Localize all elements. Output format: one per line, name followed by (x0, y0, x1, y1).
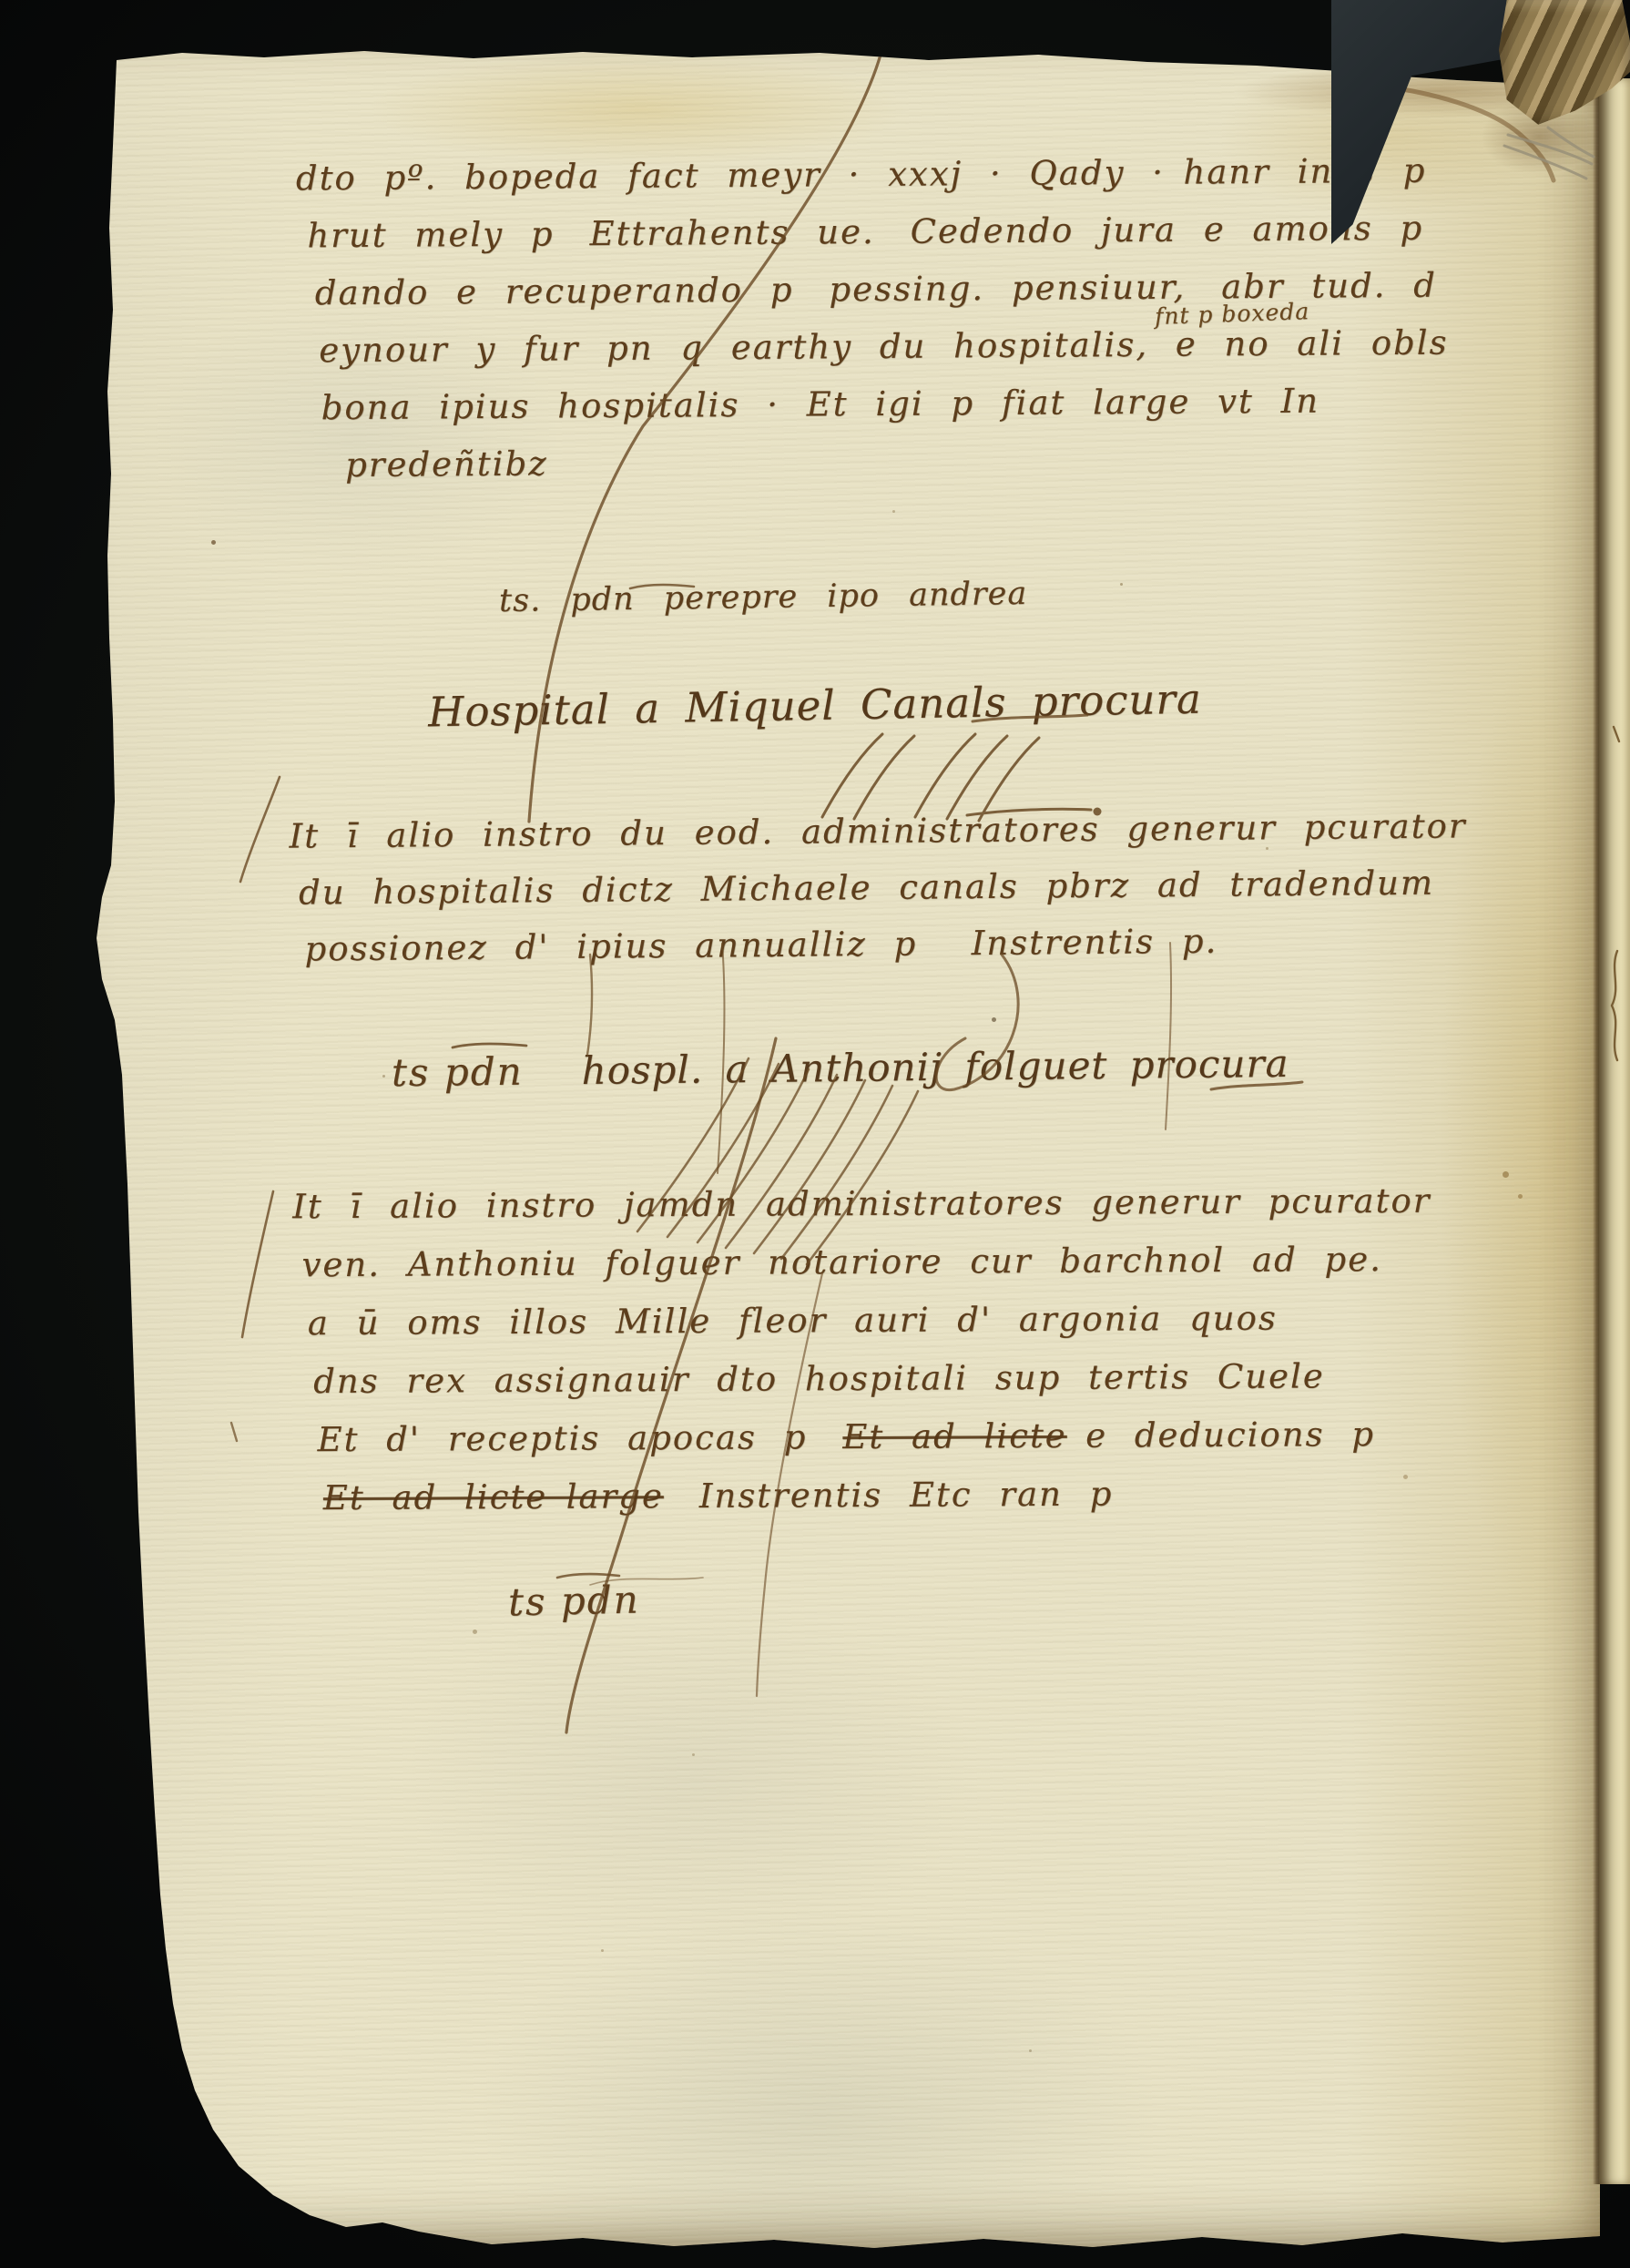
section-heading-canals: Hospital a Miquel Canals procura (428, 675, 1203, 737)
entry-paragraph-3: It ī alio instro jamdn administratores g… (292, 1172, 1432, 1528)
entry-paragraph-2: It ī alio instro du eod. administratores… (289, 798, 1468, 977)
margin-slash (240, 777, 280, 882)
manuscript-text-line: Et ad licte large Instrentis Etc ran p (323, 1464, 1433, 1527)
manuscript-text-line: a ū oms illos Mille fleor auri d' argoni… (308, 1289, 1432, 1353)
manuscript-text-line: possionez d' ipius annualliz p Instrenti… (304, 911, 1467, 977)
abbreviation-macron (453, 1044, 526, 1047)
witness-abbreviation: ts pdn (392, 1049, 524, 1096)
next-page-text-fragment (1599, 78, 1630, 2184)
witness-line-1: ts. pdn perepre ipo andrea (499, 576, 1028, 619)
interline-note: fnt p boxeda (1155, 298, 1310, 330)
manuscript-text-line: dto pº. bopeda fact meyr · xxxj · Qady ·… (296, 142, 1448, 208)
margin-slash (242, 1191, 273, 1337)
manuscript-text-line: dns rex assignauir dto hospitali sup ter… (313, 1347, 1432, 1411)
next-page-edge (1599, 78, 1630, 2184)
paper-specks (0, 0, 3, 3)
manuscript-text-line: bona ipius hospitalis · Et igi p fiat la… (321, 372, 1449, 437)
section-heading-folguet: hospl. a Anthonij folguet procura (581, 1041, 1289, 1093)
manuscript-text-line: It ī alio instro jamdn administratores g… (292, 1172, 1431, 1237)
manuscript-text-line: hrut mely p Ettrahents ue. Cedendo jura … (307, 199, 1448, 265)
photographed-manuscript: dto pº. bopeda fact meyr · xxxj · Qady ·… (0, 0, 1630, 2268)
manuscript-text-line: ven. Anthoniu folguer notariore cur barc… (301, 1231, 1431, 1294)
manuscript-text-line: It ī alio instro du eod. administratores… (289, 798, 1466, 864)
section-heading-folguet-row: ts pdnhospl. a Anthonij folguet procura (392, 1041, 1289, 1095)
margin-tick (231, 1423, 237, 1441)
gutter-crease (1593, 80, 1599, 2184)
witness-line-2: ts pdn (508, 1577, 641, 1624)
manuscript-page: dto pº. bopeda fact meyr · xxxj · Qady ·… (0, 0, 1630, 2268)
manuscript-text-line: du hospitalis dictz Michaele canals pbrz… (299, 854, 1467, 921)
descender-tail (1166, 943, 1171, 1129)
manuscript-text-line: Et d' receptis apocas p Et ad licte e de… (317, 1405, 1432, 1469)
manuscript-text-line: predeñtibz (345, 429, 1450, 494)
